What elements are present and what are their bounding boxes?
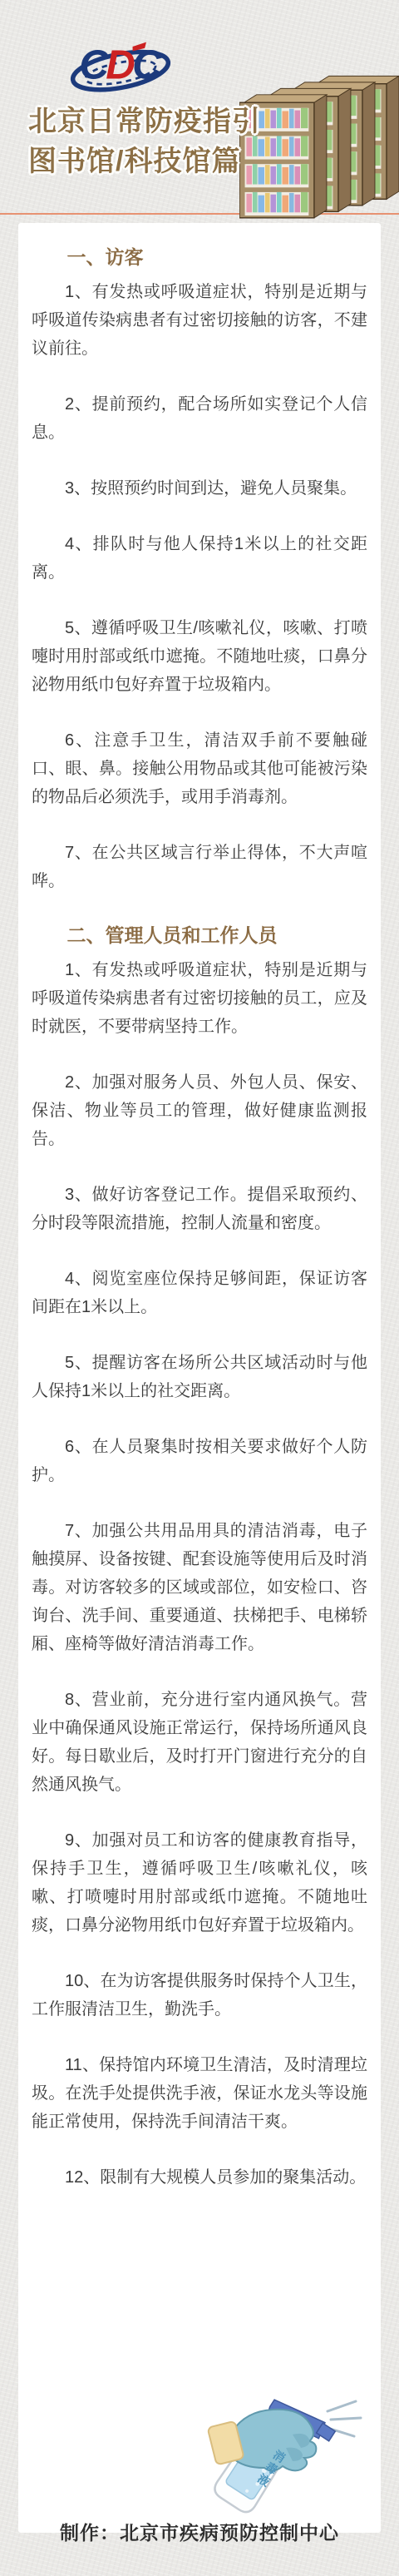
guideline-item: 10、在为访客提供服务时保持个人卫生，工作服清洁卫生，勤洗手。 bbox=[32, 1967, 367, 2024]
logo-text: CDC bbox=[79, 42, 163, 87]
guideline-item: 2、加强对服务人员、外包人员、保安、保洁、物业等员工的管理，做好健康监测报告。 bbox=[32, 1068, 367, 1153]
guideline-item: 4、阅览室座位保持足够间距，保证访客间距在1米以上。 bbox=[32, 1265, 367, 1321]
guideline-item: 3、按照预约时间到达，避免人员聚集。 bbox=[32, 474, 367, 503]
poster-title: 北京日常防疫指引 图书馆/科技馆篇 bbox=[28, 102, 374, 181]
poster-title-line2: 图书馆/科技馆篇 bbox=[28, 141, 374, 181]
guideline-item: 7、在公共区域言行举止得体，不大声喧哗。 bbox=[32, 839, 367, 895]
guideline-item: 1、有发热或呼吸道症状，特别是近期与呼吸道传染病患者有过密切接触的员工，应及时就… bbox=[32, 956, 367, 1041]
guideline-item: 12、限制有大规模人员参加的聚集活动。 bbox=[32, 2163, 367, 2192]
guidelines-card: 一、访客 1、有发热或呼吸道症状，特别是近期与呼吸道传染病患者有过密切接触的访客… bbox=[18, 223, 381, 2533]
poster-header: CDC 北京日常防疫指引 图书馆/科技馆篇 bbox=[0, 30, 399, 223]
credit-line: 制作：北京市疾病预防控制中心 bbox=[0, 2518, 399, 2545]
guideline-item: 8、营业前，充分进行室内通风换气。营业中确保通风设施正常运行，保持场所通风良好。… bbox=[32, 1686, 367, 1799]
guideline-item: 5、提醒访客在场所公共区域活动时与他人保持1米以上的社交距离。 bbox=[32, 1349, 367, 1405]
section-heading-visitors: 一、访客 bbox=[32, 245, 367, 270]
poster-page: CDC 北京日常防疫指引 图书馆/科技馆篇 bbox=[0, 0, 399, 2576]
guideline-item: 5、遵循呼吸卫生/咳嗽礼仪，咳嗽、打喷嚏时用肘部或纸巾遮掩。不随地吐痰，口鼻分泌… bbox=[32, 614, 367, 699]
poster-title-line1: 北京日常防疫指引 bbox=[28, 102, 374, 141]
gloved-hand bbox=[208, 2410, 317, 2471]
guideline-item: 3、做好访客登记工作。提倡采取预约、分时段等限流措施，控制人流量和密度。 bbox=[32, 1181, 367, 1237]
guideline-item: 2、提前预约，配合场所如实登记个人信息。 bbox=[32, 390, 367, 447]
cdc-logo-icon: CDC bbox=[58, 30, 183, 98]
section-heading-staff: 二、管理人员和工作人员 bbox=[32, 923, 367, 948]
guideline-item: 1、有发热或呼吸道症状，特别是近期与呼吸道传染病患者有过密切接触的访客，不建议前… bbox=[32, 278, 367, 363]
guideline-item: 7、加强公共用品用具的清洁消毒，电子触摸屏、设备按键、配套设施等使用后及时消毒。… bbox=[32, 1517, 367, 1658]
guideline-item: 6、注意手卫生，清洁双手前不要触碰口、眼、鼻。接触公用物品或其他可能被污染的物品… bbox=[32, 726, 367, 811]
guideline-item: 6、在人员聚集时按相关要求做好个人防护。 bbox=[32, 1433, 367, 1489]
disinfectant-spray-illustration: 消毒液 bbox=[193, 2388, 369, 2528]
guideline-item: 9、加强对员工和访客的健康教育指导，保持手卫生，遵循呼吸卫生/咳嗽礼仪，咳嗽、打… bbox=[32, 1826, 367, 1939]
guideline-item: 4、排队时与他人保持1米以上的社交距离。 bbox=[32, 530, 367, 587]
guideline-item: 11、保持馆内环境卫生清洁，及时清理垃圾。在洗手处提供洗手液，保证水龙头等设施能… bbox=[32, 2051, 367, 2136]
